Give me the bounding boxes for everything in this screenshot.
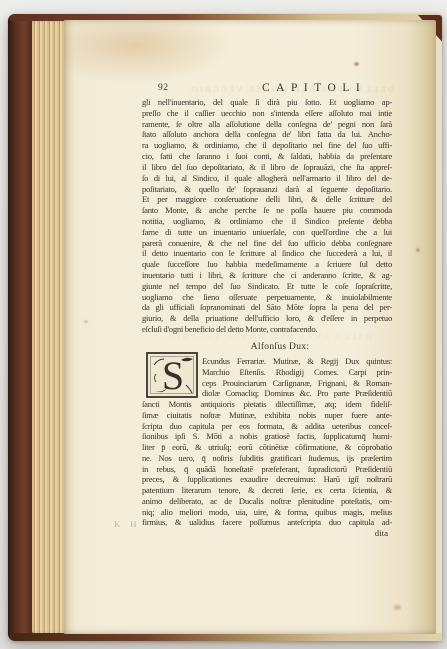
text-line: notitia, uogliamo, & ordiniamo che il Si… [142,216,392,227]
paragraph-1: gli nell'inuentario, del quale ſi dirà p… [142,97,392,335]
text-block: DELLA CVRA DEL MONTE VECCHIO. 92 CAPITOL… [142,20,392,634]
text-line: parerà conuenire, & che nel fine del ſuo… [142,238,392,249]
text-line: ceps Prouinciarum Carſignanæ, Frignani, … [202,378,392,389]
foxing-spot [394,605,401,610]
text-line: il libro del ſuo depoſitariato, & il lib… [142,162,392,173]
running-title: CAPITOLI [262,82,366,94]
running-header: 92 CAPITOLI [142,82,392,95]
text-line: farne di tutte un inuentario uniuerſale,… [142,227,392,238]
woodcut-initial-S: S [146,352,198,398]
catchword: dita [375,528,388,538]
foxing-spot [84,320,88,323]
text-line: diolæ Comacliq; Dominus &c. Pro parte Pr… [202,388,392,399]
text-line: animo deliberato, ac de Ducalis noſtræ p… [142,496,392,507]
text-line: ſo di lui, al Sindico, il quale allogher… [142,173,392,184]
book: K H DELLA CVRA DEL MONTE VECCHIO. 92 CAP… [8,14,442,641]
text-line: ramente, ſe oltre alla aſſolutione della… [142,119,392,130]
text-line: Ecundus Ferrariæ. Mutinæ, & Regij Dux qu… [202,356,392,367]
text-line: Et per maggiore conſeruatione delli libr… [142,194,392,205]
book-spine-leather [8,14,34,641]
text-line: poſitariato, & quello de' ſoprauanzi dar… [142,184,392,195]
text-line: giurio, & della priuatione dell'ufficio … [142,313,392,324]
text-line: ſcripta duo capitula per eos formata, & … [142,421,392,432]
text-line: preces, & ſupplicationes exaudire decreu… [142,474,392,485]
catchword-row: dita [142,523,392,541]
text-line: ſtato aſſoluto anchora della conſegna de… [142,129,392,140]
show-through-text: DELLA CVRA DEL MONTE VECCHIO [152,331,387,341]
text-line: ra uogliamo, & ordiniamo, che il depoſit… [142,140,392,151]
text-line: ſionibus ipſi S. Mōti a nobis gratiosè f… [142,431,392,442]
text-line: cio, fatti che ſaranno i ſuoi conti, & ſ… [142,151,392,162]
page-number: 92 [158,83,169,93]
text-line: patentium literarum tenore, & decreti ſe… [142,485,392,496]
text-line: giunte nel tempo del ſuo Sindicato. Et t… [142,281,392,292]
text-line: quale ſucceſſore ſuo habbia medeſimament… [142,259,392,270]
section-heading: Alfonſus Dux: [142,342,392,352]
text-line: ſancti Montis antiquioris pietatis dilec… [142,399,392,410]
text-line: in rebus, q̄ quādā honeſtatē præſeferant… [142,464,392,475]
text-line: niq; alio meliori modo, uia, uire, & for… [142,507,392,518]
text-line: da gli ufficiali ſopranominati del Sāto … [142,302,392,313]
text-line: gli nell'inuentario, del quale ſi dirà p… [142,97,392,108]
foxing-spot [416,248,420,252]
pencil-marginalia: K H [114,519,140,529]
text-line: il detto inuentario con le ſcritture al … [142,248,392,259]
text-line: preſſo che il caſſier uecchio non s'inte… [142,108,392,119]
text-line: ſanto Monte, & anche perche ſe ne poſſa … [142,205,392,216]
text-line: inuentario tutti i libri, & ſcritture ch… [142,270,392,281]
book-bottom-edge [10,633,442,641]
text-line: ne. Nos uero, q̄ noſtris ſubditis gratif… [142,453,392,464]
paragraph-2: S Ecundus Ferrariæ. Mutinæ, & Regij Dux … [142,356,392,528]
book-page: K H DELLA CVRA DEL MONTE VECCHIO. 92 CAP… [64,20,436,634]
text-line: Marchio Eſtenſis. Rhodigij Comes. Carpi … [202,367,392,378]
svg-text:S: S [162,353,184,398]
text-line: ſimæ ciuitatis noſtræ Mutinæ, exhibita n… [142,410,392,421]
text-line: uogliamo che ſieno oſſeruate perpetuamen… [142,292,392,303]
text-line: liter p̄ eorū, & utriuſq; eorū cōtinētiæ… [142,442,392,453]
